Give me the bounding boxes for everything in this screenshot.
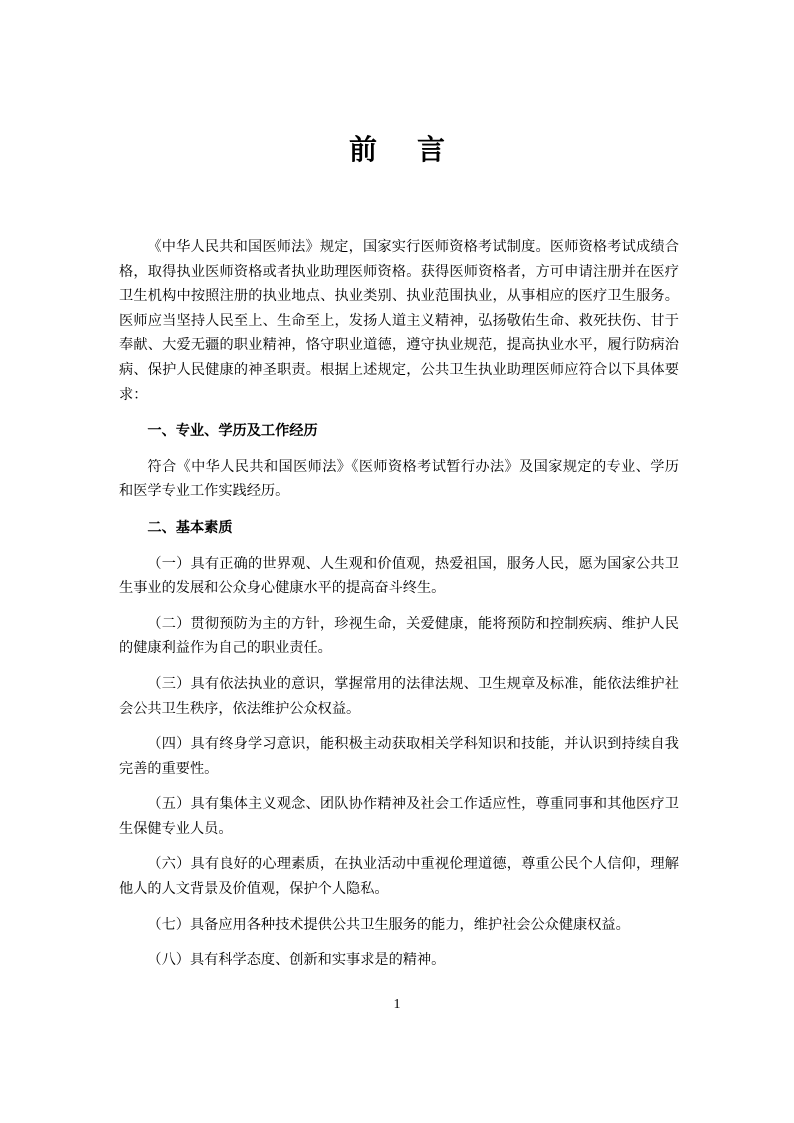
section-heading-2: 二、基本素质 bbox=[119, 516, 679, 541]
section-1-paragraph-1: 符合《中华人民共和国医师法》《医师资格考试暂行办法》及国家规定的专业、学历和医学… bbox=[119, 455, 679, 504]
title-char-2: 言 bbox=[417, 133, 445, 166]
section-heading-1: 一、专业、学历及工作经历 bbox=[119, 419, 679, 444]
section-2-item-5: （五）具有集体主义观念、团队协作精神及社会工作适应性，尊重同事和其他医疗卫生保健… bbox=[119, 792, 679, 841]
section-2-item-6: （六）具有良好的心理素质，在执业活动中重视伦理道德，尊重公民个人信仰，理解他人的… bbox=[119, 852, 679, 901]
section-2-item-2: （二）贯彻预防为主的方针，珍视生命，关爱健康，能将预防和控制疾病、维护人民的健康… bbox=[119, 612, 679, 661]
section-2-item-8: （八）具有科学态度、创新和实事求是的精神。 bbox=[119, 948, 679, 973]
page-number: 1 bbox=[0, 997, 794, 1013]
intro-paragraph: 《中华人民共和国医师法》规定，国家实行医师资格考试制度。医师资格考试成绩合格，取… bbox=[119, 235, 679, 407]
section-2-item-7: （七）具备应用各种技术提供公共卫生服务的能力，维护社会公众健康权益。 bbox=[119, 913, 679, 938]
page-title: 前言 bbox=[0, 128, 794, 168]
section-2-item-3: （三）具有依法执业的意识，掌握常用的法律法规、卫生规章及标准，能依法维护社会公共… bbox=[119, 672, 679, 721]
title-char-1: 前 bbox=[349, 133, 377, 166]
section-2-item-4: （四）具有终身学习意识，能积极主动获取相关学科知识和技能，并认识到持续自我完善的… bbox=[119, 732, 679, 781]
section-2-item-1: （一）具有正确的世界观、人生观和价值观，热爱祖国，服务人民，愿为国家公共卫生事业… bbox=[119, 552, 679, 601]
document-body: 《中华人民共和国医师法》规定，国家实行医师资格考试制度。医师资格考试成绩合格，取… bbox=[119, 235, 679, 973]
